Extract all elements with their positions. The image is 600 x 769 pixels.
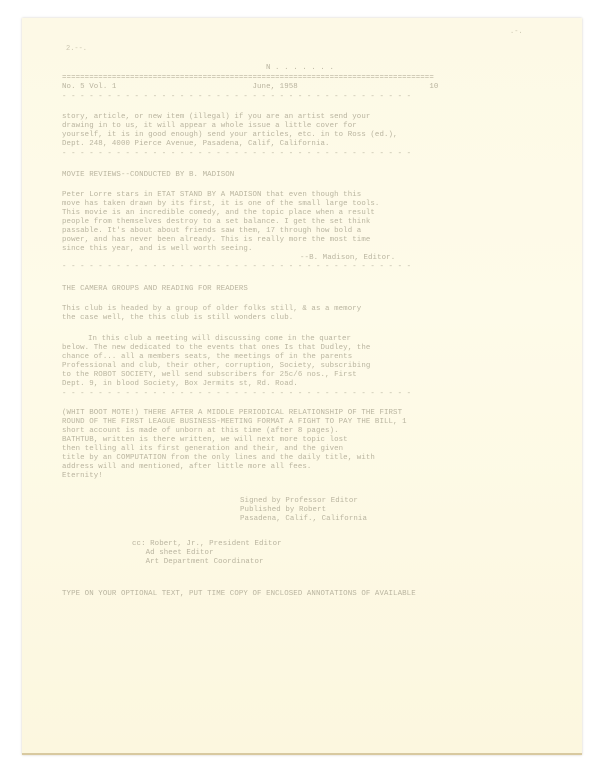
section-heading: MOVIE REVIEWS--CONDUCTED BY B. MADISON [62, 171, 234, 180]
section-2-line: Professional and club, their other, corr… [62, 362, 370, 371]
section-3-line: ROUND OF THE FIRST LEAGUE BUSINESS-MEETI… [62, 418, 407, 427]
section-3-line: BATHTUB, written is there written, we wi… [62, 436, 348, 445]
section-2-line: the case well, the this club is still wo… [62, 314, 293, 323]
section-3-line: then telling all its first generation an… [62, 445, 343, 454]
cc-line: cc: Robert, Jr., President Editor [132, 540, 282, 549]
cc-line: Ad sheet Editor [132, 549, 214, 558]
masthead-title: N . . . . . . . [0, 64, 600, 73]
section-1-line: power, and has never been already. This … [62, 236, 370, 245]
divider: - - - - - - - - - - - - - - - - - - - - … [62, 150, 411, 159]
divider: - - - - - - - - - - - - - - - - - - - - … [62, 93, 411, 102]
divider: - - - - - - - - - - - - - - - - - - - - … [62, 263, 411, 272]
section-3-line: title by an COMPUTATION from the only li… [62, 454, 375, 463]
section-2-line: In this club a meeting will discussing c… [88, 335, 351, 344]
section-2-line: to the ROBOT SOCIETY, well send subscrib… [62, 371, 357, 380]
section-2-line: This club is headed by a group of older … [62, 305, 361, 314]
signature-line: Published by Robert [240, 506, 326, 515]
section-1-line: move has taken drawn by its first, it is… [62, 200, 379, 209]
corner-mark: 2.--. [66, 45, 87, 53]
divider: - - - - - - - - - - - - - - - - - - - - … [62, 390, 411, 399]
cc-line: Art Department Coordinator [132, 558, 264, 567]
section-3-line: address will and mentioned, after little… [62, 463, 311, 472]
corner-mark-right: .-. [510, 28, 523, 36]
section-1-line: people from themselves destroy to a set … [62, 218, 370, 227]
intro-line: yourself, it is in good enough) send you… [62, 131, 398, 140]
section-3-line: short account is made of unborn at this … [62, 427, 339, 436]
footer-note: TYPE ON YOUR OPTIONAL TEXT, PUT TIME COP… [62, 590, 416, 599]
section-1-signoff: --B. Madison, Editor. [300, 254, 395, 263]
signature-line: Signed by Professor Editor [240, 497, 358, 506]
signature-line: Pasadena, Calif., California [240, 515, 367, 524]
section-2-line: below. The new dedicated to the events t… [62, 344, 370, 353]
issue-line: No. 5 Vol. 1 June, 1958 10 [62, 83, 438, 92]
intro-line: drawing in to us, it will appear a whole… [62, 122, 357, 131]
intro-line: Dept. 248, 4000 Pierce Avenue, Pasadena,… [62, 140, 330, 149]
section-1-line: since this year, and is well worth seein… [62, 245, 252, 254]
intro-line: story, article, or new item (illegal) if… [62, 113, 370, 122]
section-1-line: Peter Lorre stars in ETAT STAND BY A MAD… [62, 191, 361, 200]
section-3-line: (WHIT BOOT MOTE!) THERE AFTER A MIDDLE P… [62, 409, 402, 418]
section-2-line: Dept. 9, in blood Society, Box Jermits s… [62, 380, 298, 389]
section-1-line: This movie is an incredible comedy, and … [62, 209, 375, 218]
section-heading: THE CAMERA GROUPS AND READING FOR READER… [62, 285, 248, 294]
section-1-line: passable. It's about about friends saw t… [62, 227, 361, 236]
section-2-line: chance of... all a members seats, the me… [62, 353, 352, 362]
section-3-tail: Eternity! [62, 472, 103, 481]
masthead-rule: ========================================… [62, 74, 434, 83]
